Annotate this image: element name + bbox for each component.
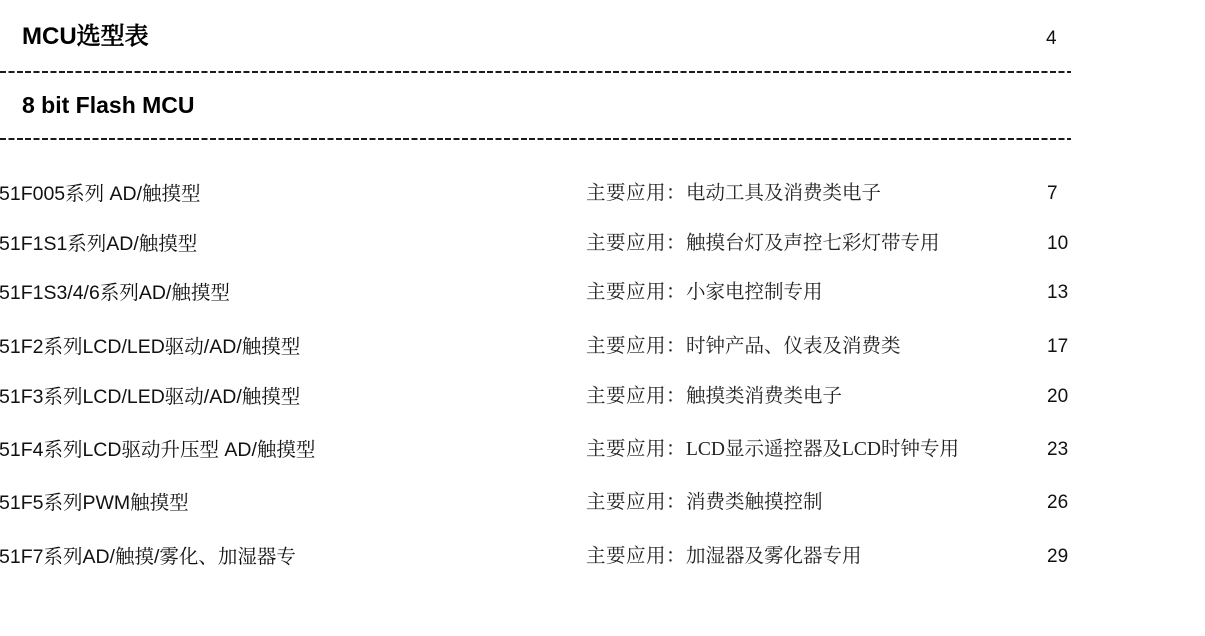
toc-entry-page: 13 <box>1047 278 1068 308</box>
document-title: MCU选型表 <box>22 20 149 54</box>
header-page-number: 4 <box>1046 27 1057 51</box>
application-value: 时钟产品、仪表及消费类 <box>686 336 901 357</box>
toc-entry-name: 51F4系列LCD驱动升压型 AD/触摸型 <box>0 435 315 465</box>
application-label: 主要应用： <box>586 233 686 254</box>
toc-entry-application: 主要应用：加湿器及雾化器专用 <box>586 542 862 572</box>
toc-entry[interactable]: 51F1S1系列AD/触摸型 主要应用：触摸台灯及声控七彩灯带专用 10 <box>0 229 1205 259</box>
toc-entry-application: 主要应用：电动工具及消费类电子 <box>586 179 881 209</box>
toc-entry-name: 51F2系列LCD/LED驱动/AD/触摸型 <box>0 332 300 362</box>
toc-entry[interactable]: 51F1S3/4/6系列AD/触摸型 主要应用：小家电控制专用 13 <box>0 278 1205 308</box>
dashed-divider-top <box>0 71 1071 73</box>
application-value: 小家电控制专用 <box>686 282 823 303</box>
application-value: 消费类触摸控制 <box>686 492 823 513</box>
application-value: 触摸台灯及声控七彩灯带专用 <box>686 233 940 254</box>
toc-entry-name: 51F1S3/4/6系列AD/触摸型 <box>0 278 230 308</box>
application-label: 主要应用： <box>586 183 686 204</box>
application-value: 电动工具及消费类电子 <box>686 183 881 204</box>
application-label: 主要应用： <box>586 336 686 357</box>
toc-entry[interactable]: 51F005系列 AD/触摸型 主要应用：电动工具及消费类电子 7 <box>0 179 1205 209</box>
toc-entry-page: 20 <box>1047 382 1068 412</box>
toc-entry-page: 23 <box>1047 435 1068 465</box>
toc-entry-name: 51F5系列PWM触摸型 <box>0 488 189 518</box>
application-label: 主要应用： <box>586 492 686 513</box>
toc-entry-page: 17 <box>1047 332 1068 362</box>
toc-entry[interactable]: 51F5系列PWM触摸型 主要应用：消费类触摸控制 26 <box>0 488 1205 518</box>
application-value: 加湿器及雾化器专用 <box>686 546 862 567</box>
toc-entry[interactable]: 51F3系列LCD/LED驱动/AD/触摸型 主要应用：触摸类消费类电子 20 <box>0 382 1205 412</box>
toc-entry-application: 主要应用：小家电控制专用 <box>586 278 823 308</box>
toc-entry-name: 51F3系列LCD/LED驱动/AD/触摸型 <box>0 382 300 412</box>
toc-entry-application: 主要应用：触摸台灯及声控七彩灯带专用 <box>586 229 940 259</box>
toc-entry-name: 51F1S1系列AD/触摸型 <box>0 229 197 259</box>
toc-entry-application: 主要应用：时钟产品、仪表及消费类 <box>586 332 901 362</box>
toc-entry-name: 51F005系列 AD/触摸型 <box>0 179 201 209</box>
toc-entry-application: 主要应用：消费类触摸控制 <box>586 488 823 518</box>
toc-entry-application: 主要应用：LCD显示遥控器及LCD时钟专用 <box>586 435 959 465</box>
application-label: 主要应用： <box>586 439 686 460</box>
application-label: 主要应用： <box>586 386 686 407</box>
application-value: LCD显示遥控器及LCD时钟专用 <box>686 439 959 460</box>
toc-entry[interactable]: 51F4系列LCD驱动升压型 AD/触摸型 主要应用：LCD显示遥控器及LCD时… <box>0 435 1205 465</box>
section-title: 8 bit Flash MCU <box>22 89 195 121</box>
application-label: 主要应用： <box>586 546 686 567</box>
toc-entry-page: 7 <box>1047 179 1058 209</box>
toc-entry-page: 29 <box>1047 542 1068 572</box>
toc-entry-page: 26 <box>1047 488 1068 518</box>
dashed-divider-bottom <box>0 138 1071 140</box>
application-value: 触摸类消费类电子 <box>686 386 842 407</box>
toc-entry[interactable]: 51F2系列LCD/LED驱动/AD/触摸型 主要应用：时钟产品、仪表及消费类 … <box>0 332 1205 362</box>
toc-entry-name: 51F7系列AD/触摸/雾化、加湿器专 <box>0 542 296 572</box>
application-label: 主要应用： <box>586 282 686 303</box>
toc-entry-application: 主要应用：触摸类消费类电子 <box>586 382 842 412</box>
toc-entry-page: 10 <box>1047 229 1068 259</box>
toc-entry[interactable]: 51F7系列AD/触摸/雾化、加湿器专 主要应用：加湿器及雾化器专用 29 <box>0 542 1205 572</box>
